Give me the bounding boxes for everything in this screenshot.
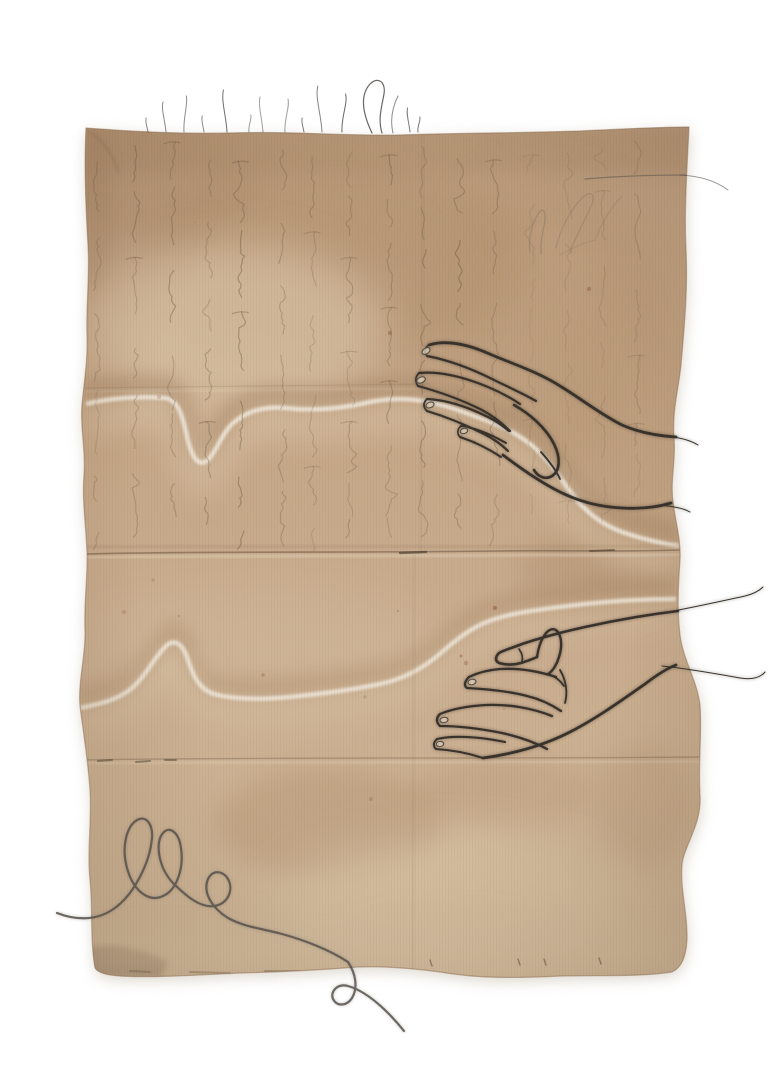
artwork-photograph <box>0 0 768 1086</box>
edge-vignette <box>80 127 701 977</box>
aged-paper-artwork <box>0 0 768 1086</box>
paper-sheet <box>65 115 715 990</box>
top-fiber-curl <box>363 80 398 133</box>
top-paper-fibers <box>146 86 420 132</box>
